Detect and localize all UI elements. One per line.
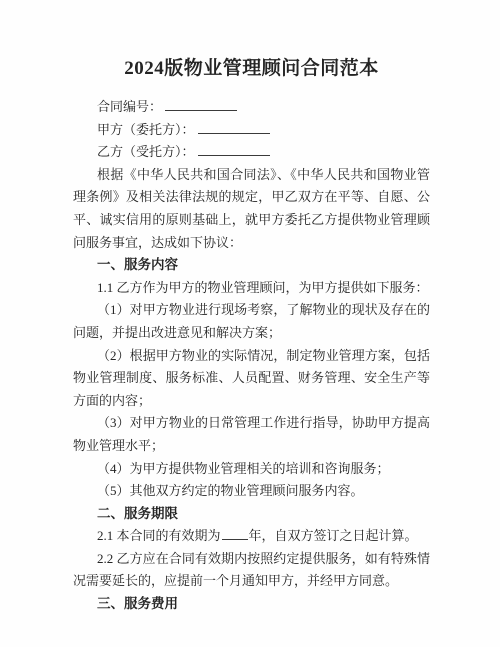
preamble-paragraph: 根据《中华人民共和国合同法》、《中华人民共和国物业管理条例》及相关法律法规的规定… <box>73 164 430 254</box>
clause-2-1-before: 2.1 本合同的有效期为 <box>97 528 221 543</box>
service-item-1: （1）对甲方物业进行现场考察，了解物业的现状及存在的问题，并提出改进意见和解决方… <box>73 299 430 344</box>
contract-number-label: 合同编号： <box>97 99 162 114</box>
section-2-heading: 二、服务期限 <box>73 503 430 526</box>
clause-2-1: 2.1 本合同的有效期为年，自双方签订之日起计算。 <box>73 525 430 548</box>
service-item-4: （4）为甲方提供物业管理相关的培训和咨询服务； <box>73 458 430 481</box>
party-a-label: 甲方（委托方）： <box>97 122 195 137</box>
document-title: 2024版物业管理顾问合同范本 <box>73 56 430 82</box>
party-b-line: 乙方（受托方）： <box>73 141 430 164</box>
section-1-heading: 一、服务内容 <box>73 254 430 277</box>
contract-number-blank <box>165 97 237 111</box>
service-item-5: （5）其他双方约定的物业管理顾问服务内容。 <box>73 480 430 503</box>
clause-1-1: 1.1 乙方作为甲方的物业管理顾问，为甲方提供如下服务： <box>73 277 430 300</box>
clause-2-2: 2.2 乙方应在合同有效期内按照约定提供服务，如有特殊情况需要延长的，应提前一个… <box>73 548 430 593</box>
service-item-3: （3）对甲方物业的日常管理工作进行指导，协助甲方提高物业管理水平； <box>73 412 430 457</box>
party-a-blank <box>198 120 270 134</box>
contract-number-line: 合同编号： <box>73 96 430 119</box>
party-b-blank <box>198 142 270 156</box>
party-a-line: 甲方（委托方）： <box>73 119 430 142</box>
party-b-label: 乙方（受托方）： <box>97 144 195 159</box>
section-3-heading: 三、服务费用 <box>73 593 430 616</box>
service-item-2: （2）根据甲方物业的实际情况，制定物业管理方案，包括物业管理制度、服务标准、人员… <box>73 345 430 413</box>
term-years-blank <box>222 526 248 540</box>
clause-2-1-after: 年，自双方签订之日起计算。 <box>249 528 418 543</box>
contract-page: 2024版物业管理顾问合同范本 合同编号： 甲方（委托方）： 乙方（受托方）： … <box>0 0 500 647</box>
